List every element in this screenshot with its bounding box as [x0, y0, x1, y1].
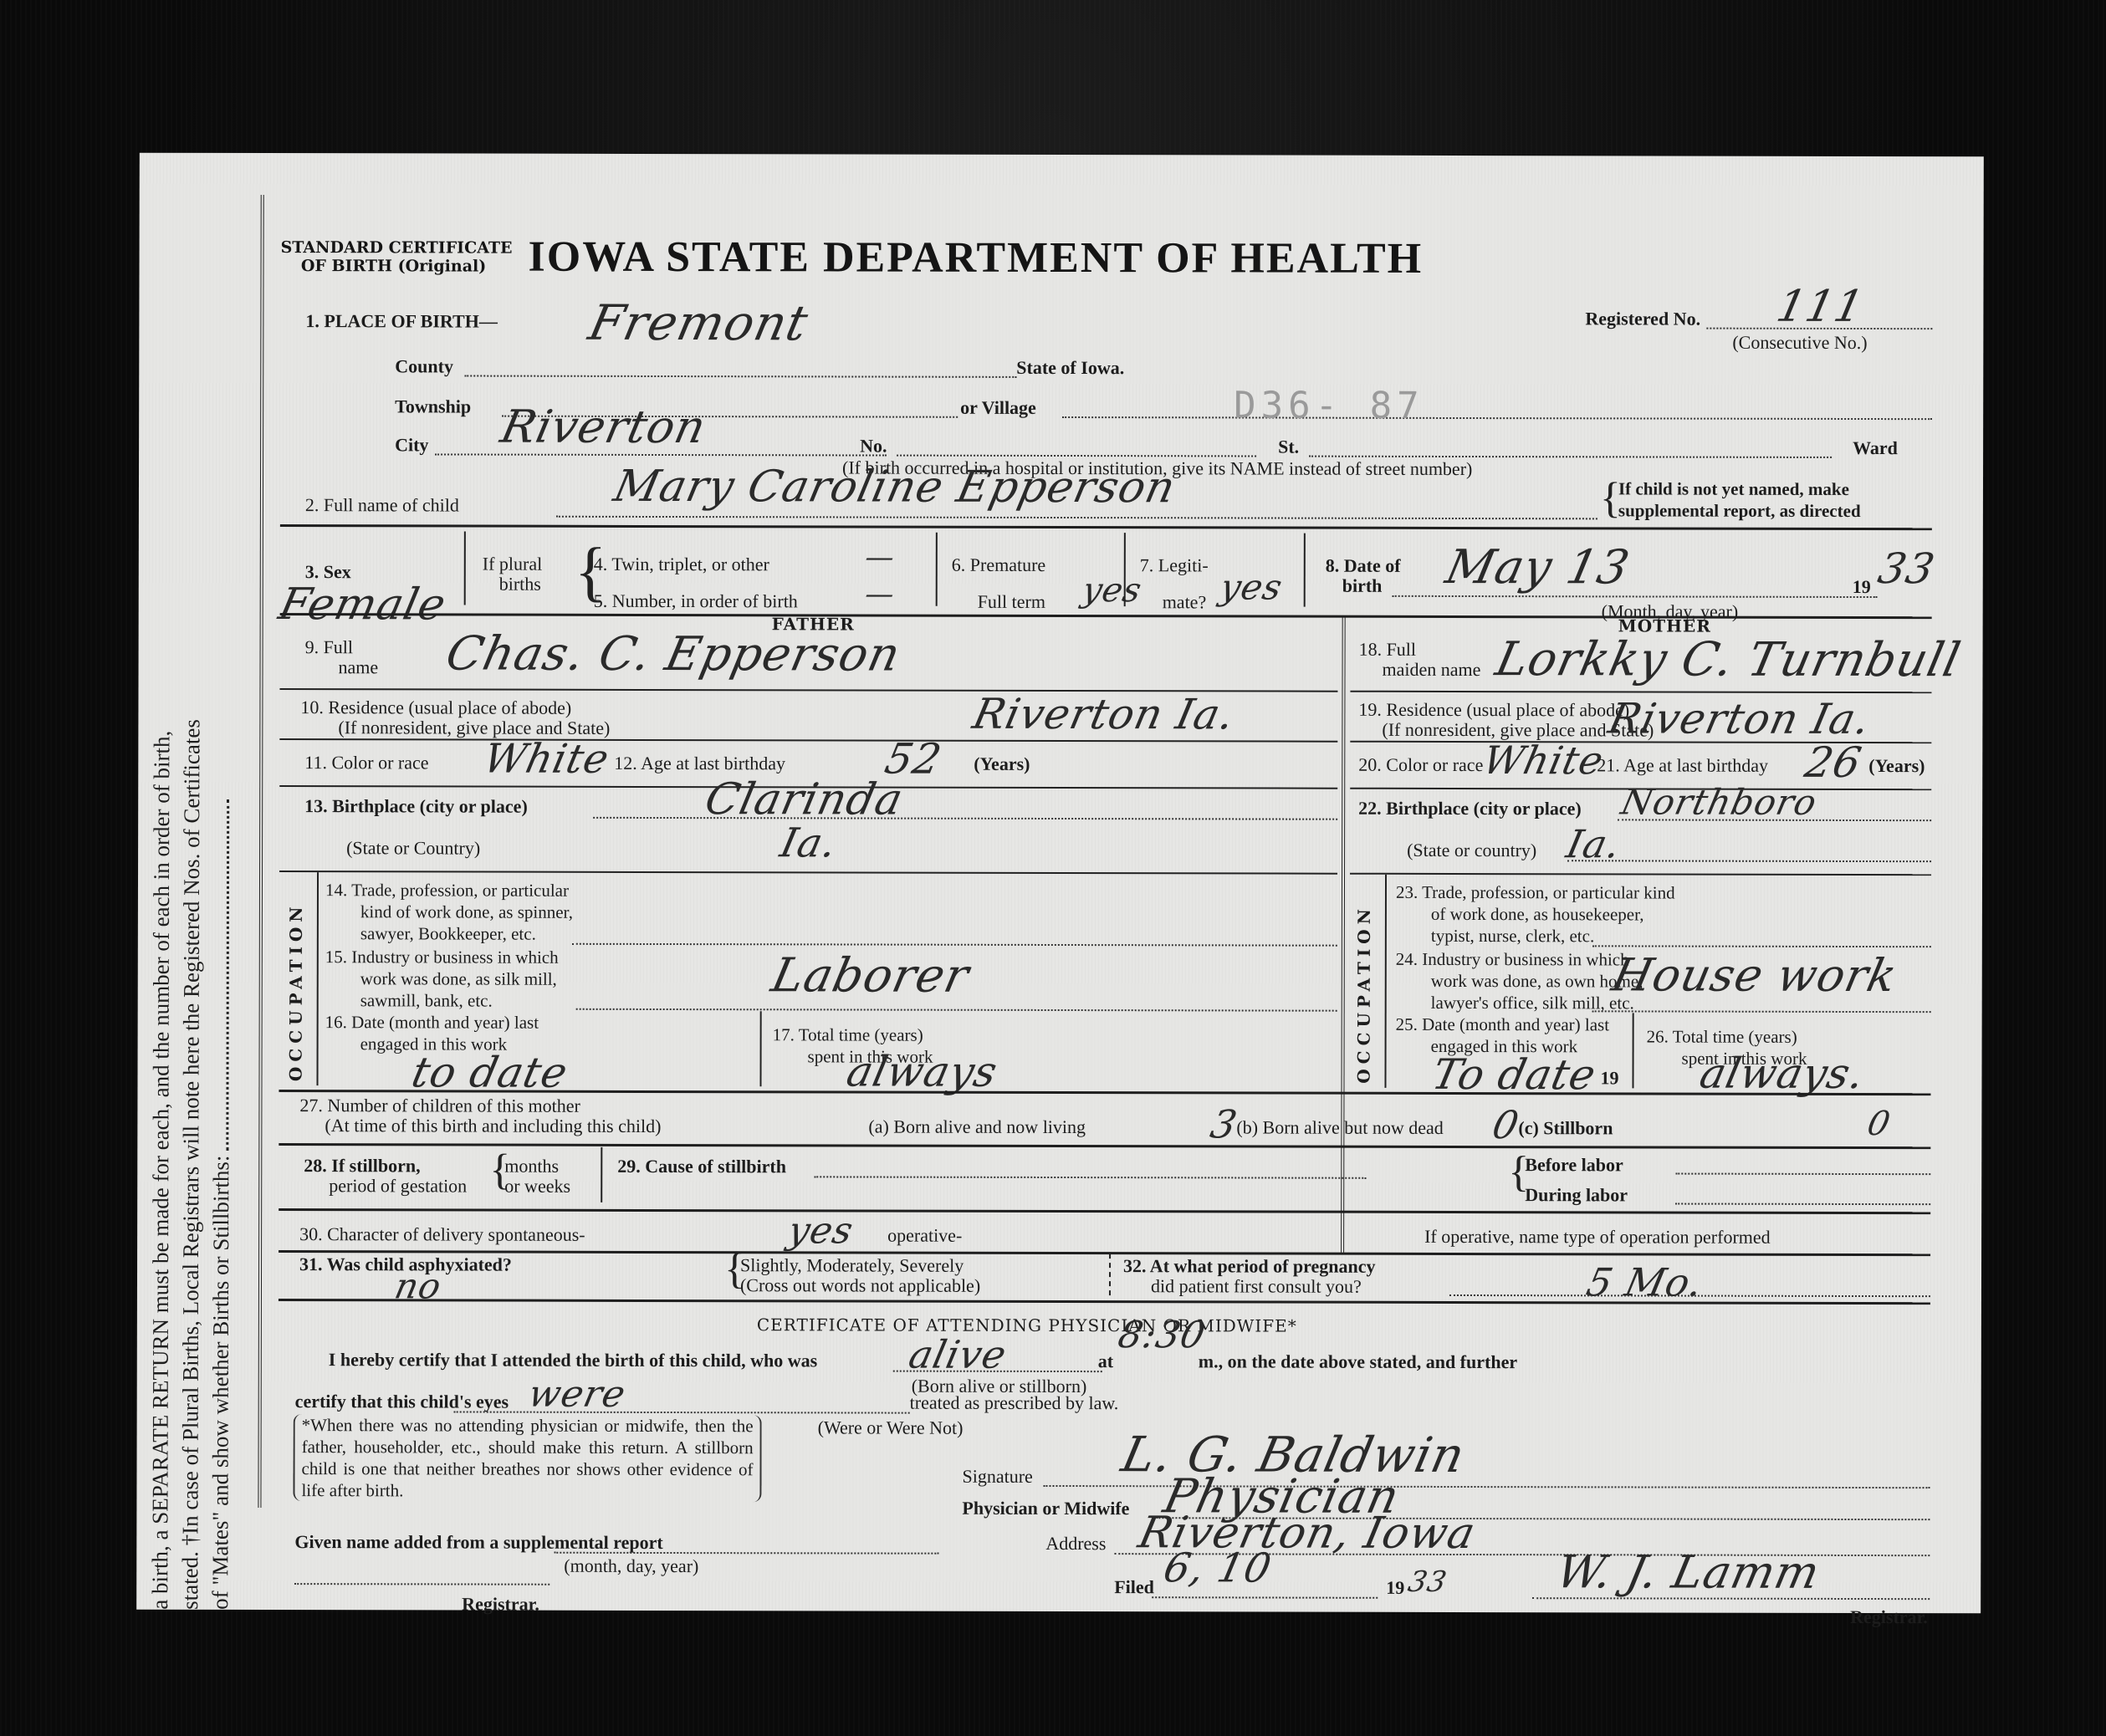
city-line: [435, 453, 887, 456]
mother-residence-value[interactable]: Riverton Ia.: [1604, 694, 1875, 743]
stillborn-count-value[interactable]: 0: [1863, 1105, 1894, 1143]
stillborn-count-label: (c) Stillborn: [1518, 1117, 1613, 1139]
before-labor-label: Before labor: [1525, 1154, 1623, 1176]
dob-label-1: 8. Date of: [1326, 555, 1401, 577]
divider: [759, 1011, 761, 1086]
registrar-signature-line: [1532, 1597, 1930, 1600]
rule: [280, 524, 1932, 530]
rule: [279, 1208, 1930, 1214]
side-note-line-2: stated. †In case of Plural Births, Local…: [175, 339, 207, 1610]
mother-total-value[interactable]: always.: [1695, 1049, 1869, 1098]
father-date-label-1: 16. Date (month and year) last: [325, 1011, 539, 1034]
mother-age-value[interactable]: 26: [1801, 738, 1866, 787]
order-value[interactable]: —: [861, 578, 898, 611]
registrar-signature[interactable]: W. J. Lamm: [1552, 1545, 1825, 1599]
full-term-value[interactable]: yes: [1079, 571, 1146, 610]
father-occupation-value[interactable]: Laborer: [767, 948, 974, 1003]
father-trade-label-2: kind of work done, as spinner,: [325, 901, 573, 923]
mother-trade-line: [1592, 945, 1931, 947]
legitimate-value[interactable]: yes: [1216, 566, 1286, 607]
mother-trade-label-2: of work done, as housekeeper,: [1396, 903, 1675, 926]
divider: [1124, 533, 1126, 606]
father-total-label-1: 17. Total time (years): [773, 1024, 933, 1045]
twin-value[interactable]: —: [862, 541, 899, 574]
father-race-value[interactable]: White: [479, 736, 613, 783]
father-residence-value[interactable]: Riverton Ia.: [969, 690, 1240, 739]
delivery-character-label: 30. Character of delivery spontaneous-: [299, 1223, 585, 1246]
rule: [279, 1143, 1930, 1149]
unnamed-note-1: If child is not yet named, make: [1618, 478, 1849, 500]
eyes-value[interactable]: were: [524, 1373, 630, 1416]
certify-statement: I hereby certify that I attended the bir…: [329, 1349, 817, 1371]
city-value[interactable]: Riverton: [496, 401, 711, 453]
child-name-value[interactable]: Mary Caroline Epperson: [610, 462, 1181, 513]
mother-residence-label-1: 19. Residence (usual place of abode): [1358, 699, 1629, 722]
father-age-unit: (Years): [974, 753, 1030, 775]
spontaneous-value[interactable]: yes: [785, 1209, 857, 1252]
filed-label: Filed: [1114, 1576, 1154, 1598]
father-name-value[interactable]: Chas. C. Epperson: [442, 626, 906, 682]
street-no-label: No.: [860, 435, 887, 457]
divider: [936, 533, 938, 606]
registrar-left-line: [294, 1583, 550, 1585]
order-label: 5. Number, in order of birth: [594, 590, 798, 613]
consult-value[interactable]: 5 Mo.: [1582, 1259, 1707, 1305]
alive-dead-label: (b) Born alive but now dead: [1236, 1116, 1443, 1139]
child-name-label: 2. Full name of child: [305, 494, 459, 516]
township-label: Township: [395, 396, 471, 417]
filed-date-value[interactable]: 6, 10: [1159, 1545, 1275, 1591]
mates-field[interactable]: [226, 799, 229, 1151]
side-note-line-1: a birth, a SEPARATE RETURN must be made …: [145, 339, 177, 1610]
legitimate-label-2: mate?: [1163, 591, 1207, 613]
months-label: months: [504, 1156, 559, 1177]
father-trade-line: [572, 943, 1337, 947]
plural-label-1: If plural: [483, 554, 543, 575]
physician-midwife-label: Physician or Midwife: [962, 1498, 1129, 1519]
filed-year-prefix: 19: [1386, 1577, 1404, 1599]
time-suffix-text: m., on the date above stated, and furthe…: [1199, 1351, 1517, 1373]
during-labor-line: [1675, 1203, 1930, 1206]
father-industry-label: 15. Industry or business in which work w…: [325, 946, 559, 1012]
state-of-iowa-label: State of Iowa.: [1016, 357, 1124, 379]
father-trade-label-1: 14. Trade, profession, or particular: [325, 879, 573, 901]
dob-year-prefix: 19: [1853, 576, 1871, 598]
divider: [1109, 1253, 1111, 1295]
mother-total-label-1: 26. Total time (years): [1647, 1025, 1807, 1047]
father-industry-label-3: sawmill, bank, etc.: [325, 989, 559, 1012]
father-residence-label-1: 10. Residence (usual place of abode): [300, 697, 571, 719]
during-labor-label: During labor: [1525, 1184, 1628, 1206]
mother-name-label-1: 18. Full: [1359, 639, 1417, 661]
father-birthplace-label: 13. Birthplace (city or place): [304, 795, 528, 818]
registered-no-label: Registered No.: [1585, 308, 1700, 329]
filed-line: [1152, 1596, 1378, 1599]
consult-label-1: 32. At what period of pregnancy: [1123, 1255, 1376, 1278]
city-label: City: [395, 434, 428, 456]
mother-industry-line: [1592, 1010, 1931, 1013]
parents-column-divider: [1341, 617, 1346, 1253]
gestation-label-1: 28. If stillborn,: [304, 1155, 420, 1177]
mother-race-value[interactable]: White: [1480, 738, 1608, 783]
county-value[interactable]: Fremont: [584, 294, 813, 352]
rule: [279, 738, 1337, 743]
certificate-paper: a birth, a SEPARATE RETURN must be made …: [136, 153, 1984, 1614]
legitimate-label-1: 7. Legiti-: [1140, 554, 1209, 576]
unnamed-note-2: supplemental report, as directed: [1618, 500, 1861, 522]
mother-birthplace-value[interactable]: Northboro: [1618, 781, 1821, 822]
cause-stillbirth-label: 29. Cause of stillbirth: [617, 1156, 786, 1177]
village-line: [1062, 416, 1932, 420]
mother-name-label-2: maiden name: [1383, 659, 1481, 681]
page-title: IOWA STATE DEPARTMENT OF HEALTH: [529, 232, 1424, 283]
registrar-right-label: Registrar.: [1850, 1606, 1928, 1628]
children-label-2: (At time of this birth and including thi…: [325, 1115, 661, 1137]
operative-label: operative-: [887, 1225, 962, 1247]
standard-line-1: STANDARD CERTIFICATE: [281, 238, 507, 258]
side-note-line-3-row: of "Mates" and show whether Births or St…: [205, 339, 238, 1610]
twin-label: 4. Twin, triplet, or other: [594, 554, 769, 575]
father-occupation-heading: OCCUPATION: [286, 901, 306, 1081]
weeks-label: or weeks: [504, 1176, 570, 1197]
side-instructions: a birth, a SEPARATE RETURN must be made …: [145, 339, 248, 1610]
address-label: Address: [1045, 1533, 1106, 1555]
father-race-label: 11. Color or race: [304, 752, 428, 774]
divider: [1632, 1013, 1633, 1088]
side-note-line-3: of "Mates" and show whether Births or St…: [207, 1156, 233, 1610]
registrar-left-label: Registrar.: [462, 1594, 539, 1616]
mother-age-label: 21. Age at last birthday: [1597, 754, 1768, 776]
place-of-birth-label: 1. PLACE OF BIRTH—: [305, 310, 497, 332]
county-line: [464, 375, 1016, 378]
sex-value[interactable]: Female: [274, 580, 451, 630]
ward-label: Ward: [1853, 437, 1898, 459]
mother-trade-label-3: typist, nurse, clerk, etc.: [1396, 925, 1675, 947]
full-term-label: Full term: [978, 591, 1045, 613]
children-label-1: 27. Number of children of this mother: [299, 1095, 580, 1117]
mother-industry-label-2: work was done, as own home,: [1396, 970, 1643, 993]
were-hint: (Were or Were Not): [818, 1417, 964, 1438]
filed-year-value[interactable]: 33: [1405, 1565, 1450, 1599]
supplemental-line: [554, 1552, 938, 1555]
father-name-label-2: name: [339, 656, 379, 678]
mother-occupation-heading: OCCUPATION: [1353, 904, 1373, 1084]
father-total-value[interactable]: always: [842, 1047, 1002, 1095]
supplemental-label: Given name added from a supplemental rep…: [294, 1531, 662, 1554]
plural-label-2: births: [499, 574, 541, 595]
mother-trade-label-1: 23. Trade, profession, or particular kin…: [1396, 881, 1675, 904]
father-age-label: 12. Age at last birthday: [614, 753, 785, 774]
dob-year-value[interactable]: 33: [1874, 544, 1940, 593]
rule: [1350, 691, 1931, 693]
gestation-label-2: period of gestation: [329, 1175, 467, 1197]
mother-industry-value[interactable]: House work: [1608, 948, 1902, 1002]
severity-options: Slightly, Moderately, Severely: [740, 1254, 964, 1277]
father-industry-label-2: work was done, as silk mill,: [325, 968, 559, 990]
mother-industry-label-1: 24. Industry or business in which: [1396, 948, 1643, 971]
mother-name-value[interactable]: Lorkky C. Turnbull: [1491, 632, 1965, 687]
child-name-line: [556, 516, 1597, 520]
divider: [1304, 534, 1306, 607]
cause-stillbirth-line: [814, 1176, 1366, 1178]
father-name-label-1: 9. Full: [305, 636, 354, 658]
supplemental-hint: (month, day, year): [564, 1555, 698, 1577]
mother-industry-label: 24. Industry or business in which work w…: [1396, 948, 1643, 1014]
village-label: or Village: [960, 397, 1036, 419]
mother-birthplace-label: 22. Birthplace (city or place): [1358, 798, 1582, 820]
mother-age-unit: (Years): [1868, 755, 1925, 777]
mother-trade-label: 23. Trade, profession, or particular kin…: [1396, 881, 1675, 947]
alive-living-label: (a) Born alive and now living: [868, 1116, 1086, 1139]
certificate-form: STANDARD CERTIFICATE OF BIRTH (Original)…: [258, 195, 1924, 1511]
eyes-line: [454, 1411, 910, 1413]
dob-line: [1393, 595, 1878, 598]
dob-label-2: birth: [1342, 575, 1383, 597]
father-trade-label: 14. Trade, profession, or particular kin…: [325, 879, 573, 945]
physician-certificate-heading: CERTIFICATE OF ATTENDING PHYSICIAN OR MI…: [757, 1315, 1297, 1335]
file-stamp: D36- 87: [1234, 384, 1424, 426]
registered-no-value[interactable]: 111: [1772, 282, 1868, 332]
mother-date-year-prefix: 19: [1600, 1067, 1618, 1089]
divider: [601, 1147, 602, 1202]
mother-date-label-1: 25. Date (month and year) last: [1396, 1014, 1609, 1036]
father-state-value[interactable]: Ia.: [776, 819, 841, 866]
father-industry-label-1: 15. Industry or business in which: [325, 946, 559, 968]
father-trade-label-3: sawyer, Bookkeeper, etc.: [325, 922, 573, 945]
premature-label: 6. Premature: [952, 554, 1045, 576]
consult-label-2: did patient first consult you?: [1151, 1275, 1362, 1298]
severity-hint: (Cross out words not applicable): [740, 1274, 980, 1297]
before-labor-line: [1675, 1173, 1930, 1176]
dob-value[interactable]: May 13: [1441, 540, 1634, 595]
divider: [1384, 875, 1387, 1088]
treated-label: treated as prescribed by law.: [910, 1392, 1119, 1415]
mother-race-label: 20. Color or race: [1358, 754, 1483, 776]
rule: [1350, 873, 1931, 876]
divider: [464, 532, 466, 605]
father-state-label: (State or Country): [346, 837, 480, 859]
operation-type-label: If operative, name type of operation per…: [1424, 1226, 1771, 1248]
rule: [279, 1250, 1930, 1256]
divider: [316, 872, 319, 1085]
mother-state-label: (State or country): [1407, 840, 1536, 861]
eyes-label: certify that this child's eyes: [295, 1391, 509, 1413]
rule: [279, 871, 1337, 875]
birth-time-value[interactable]: 8:30: [1114, 1314, 1209, 1356]
standard-certificate-heading: STANDARD CERTIFICATE OF BIRTH (Original): [281, 238, 507, 276]
at-label: at: [1098, 1351, 1113, 1372]
street-label: St.: [1278, 437, 1299, 458]
standard-line-2: OF BIRTH (Original): [281, 257, 507, 276]
mother-state-line: [1567, 860, 1931, 862]
county-label: County: [395, 355, 453, 377]
signature-label: Signature: [962, 1466, 1032, 1488]
father-industry-line: [576, 1008, 1337, 1012]
no-physician-note: *When there was no attending physician o…: [293, 1414, 761, 1502]
consecutive-no-hint: (Consecutive No.): [1732, 332, 1867, 354]
